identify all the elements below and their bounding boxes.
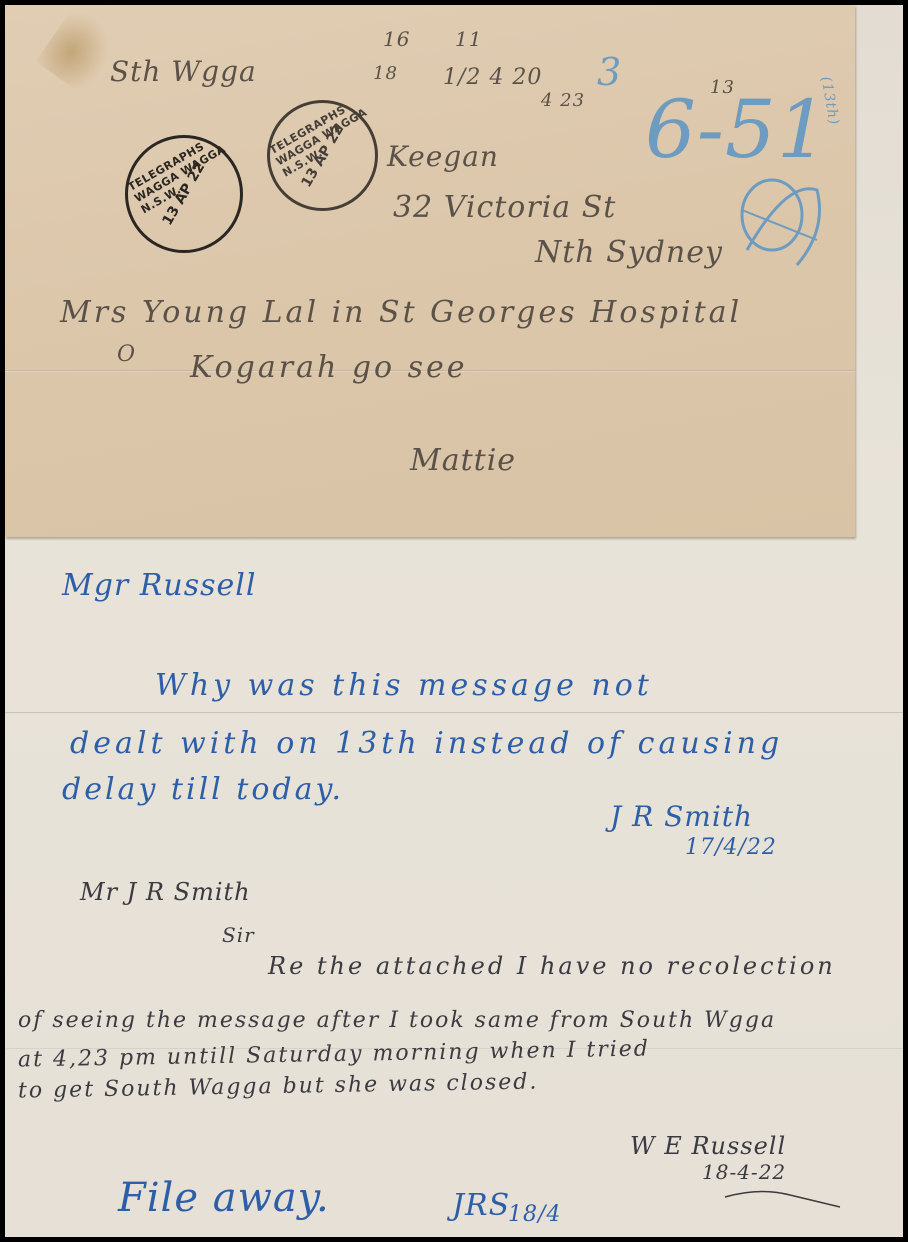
reply-salutation-sir: Sir	[222, 923, 255, 947]
address-line1: 32 Victoria St	[393, 190, 616, 225]
words-count: 11	[455, 27, 482, 51]
reply-line: of seeing the message after I took same …	[18, 1008, 776, 1033]
time-lodged: 1/2 4 20	[443, 65, 542, 90]
telegram-form: Sth Wgga 16 11 18 1/2 4 20 4 23 3 13 6-5…	[5, 5, 855, 537]
memo-signature: J R Smith	[610, 800, 753, 833]
reply-date: 18-4-22	[702, 1160, 786, 1184]
office-from: Sth Wgga	[110, 55, 257, 88]
time-received: 4 23	[541, 90, 585, 111]
memo-salutation: Mgr Russell	[62, 568, 256, 603]
address-line2: Nth Sydney	[535, 235, 723, 270]
words-second: 18	[373, 63, 398, 84]
fold-crease	[5, 712, 903, 714]
reply-signature: W E Russell	[630, 1132, 786, 1160]
memo-line: dealt with on 13th instead of causing	[70, 726, 783, 761]
circle-mark: O	[117, 342, 136, 367]
blue-crayon-note: 6-51	[645, 83, 829, 176]
final-date: 18/4	[508, 1202, 561, 1227]
postmark-stamp: TELEGRAPHS WAGGA WAGGA N.S.W. 13 AP 22	[267, 100, 378, 211]
memo-line: delay till today.	[62, 772, 344, 807]
sender-signature: Mattie	[410, 443, 516, 478]
reply-salutation: Mr J R Smith	[80, 878, 251, 906]
reply-line: Re the attached I have no recolection	[268, 952, 836, 980]
final-initials: JRS	[452, 1188, 510, 1223]
number-top: 16	[383, 27, 410, 51]
message-line1: Mrs Young Lal in St Georges Hospital	[60, 295, 742, 330]
blue-scribble-mark	[727, 170, 837, 270]
message-line2: Kogarah go see	[190, 350, 468, 385]
blue-digit-mark: 3	[597, 50, 622, 94]
signature-underline	[720, 1185, 850, 1215]
file-away-note: File away.	[118, 1175, 330, 1221]
addressee-name: Keegan	[387, 140, 499, 173]
memo-line: Why was this message not	[155, 668, 653, 703]
postmark-stamp: TELEGRAPHS WAGGA WAGGA N.S.W. 13 AP 22	[125, 135, 243, 253]
memo-date: 17/4/22	[685, 835, 777, 860]
